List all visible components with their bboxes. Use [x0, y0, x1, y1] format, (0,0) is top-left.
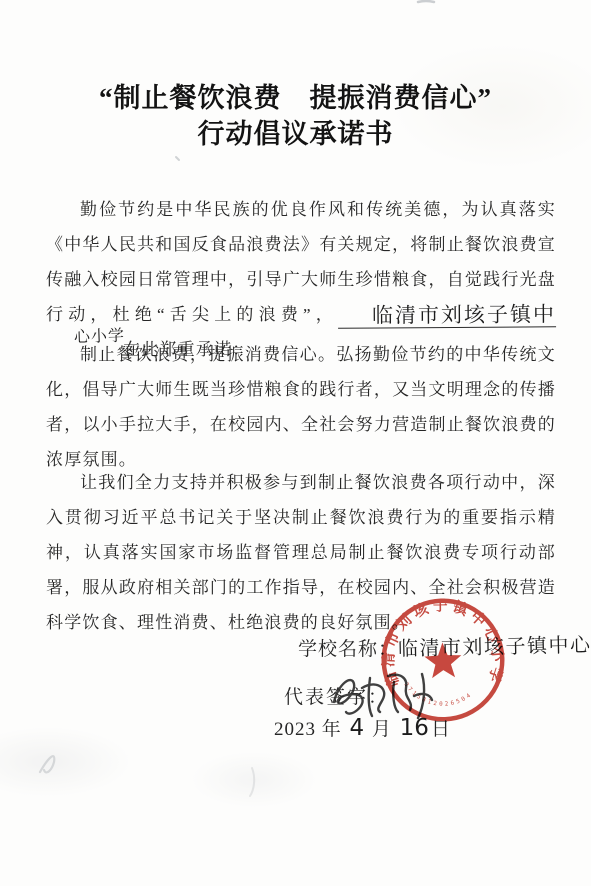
paragraph-2: 制止餐饮浪费，提振消费信心。弘扬勤俭节约的中华传统文化，倡导广大师生既当珍惜粮食… [46, 337, 556, 477]
official-seal: 临清市刘垓子镇中心小学 3715812026504 [373, 590, 514, 731]
seal-code-text-wrap: 3715812026504 [402, 680, 474, 710]
document-page: “制止餐饮浪费 提振消费信心” 行动倡议承诺书 勤俭节约是中华民族的优良作风和传… [0, 0, 591, 886]
scan-noise-mark [250, 768, 254, 796]
handwritten-school-name-inline: 临清市刘垓子镇中 [338, 304, 556, 329]
seal-graphic: 临清市刘垓子镇中心小学 3715812026504 [373, 590, 514, 731]
scan-noise-mark [40, 756, 54, 772]
document-title: “制止餐饮浪费 提振消费信心” 行动倡议承诺书 [0, 80, 591, 152]
date-year: 2023 [274, 719, 316, 740]
scan-noise-mark [418, 1, 434, 2]
scan-noise-mark [176, 157, 179, 160]
seal-star-icon [424, 642, 462, 678]
title-line-2: 行动倡议承诺书 [0, 116, 591, 152]
title-line-1: “制止餐饮浪费 提振消费信心” [0, 80, 591, 116]
signature-stroke [334, 680, 363, 714]
seal-code-text: 3715812026504 [402, 680, 474, 710]
